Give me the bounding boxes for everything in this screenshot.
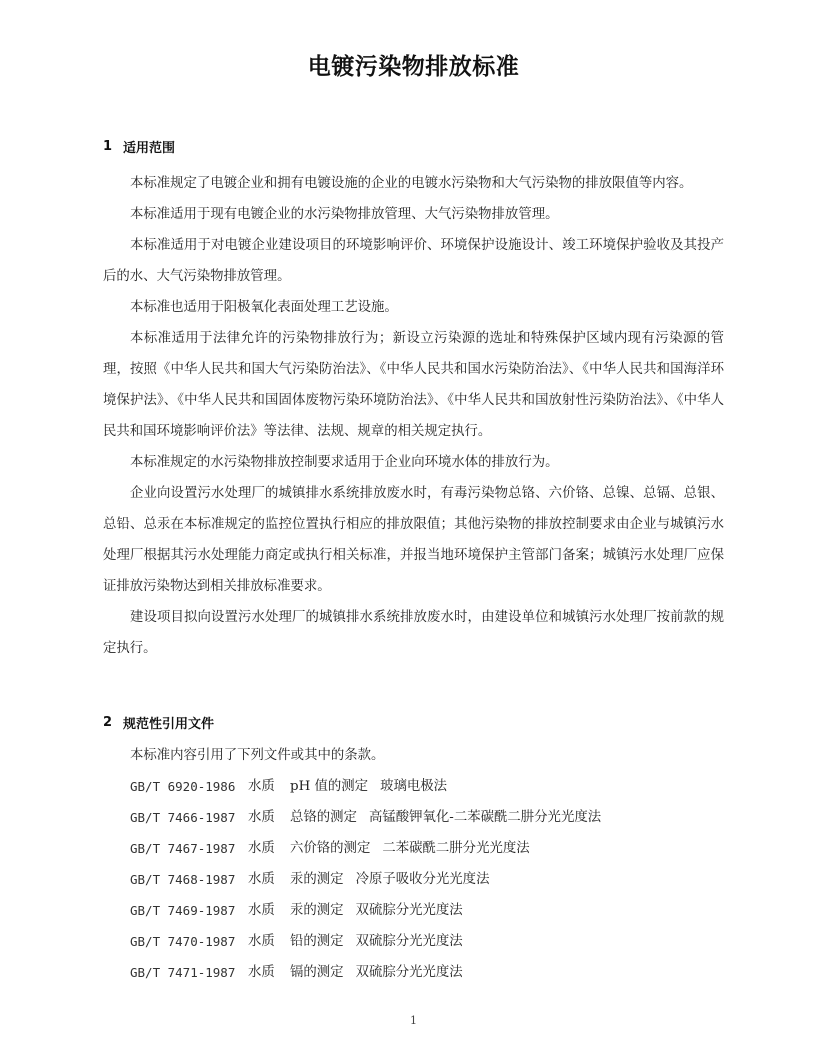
paragraph: 本标准适用于法律允许的污染物排放行为；新设立污染源的选址和特殊保护区域内现有污染…	[103, 323, 724, 447]
reference-item: GB/T 7470-1987 水质 铅的测定 双硫腙分光光度法	[130, 926, 601, 957]
reference-method: 汞的测定	[290, 895, 344, 926]
reference-category: 水质	[248, 802, 290, 833]
reference-category: 水质	[248, 957, 290, 988]
reference-method: 铅的测定	[290, 926, 344, 957]
page-number: 1	[0, 1014, 827, 1027]
section-title: 规范性引用文件	[123, 713, 214, 732]
reference-method: 汞的测定	[290, 864, 344, 895]
paragraph: 本标准规定了电镀企业和拥有电镀设施的企业的电镀水污染物和大气污染物的排放限值等内…	[103, 168, 724, 199]
reference-item: GB/T 7466-1987 水质 总铬的测定 高锰酸钾氧化-二苯碳酰二肼分光光…	[130, 802, 601, 833]
paragraph: 企业向设置污水处理厂的城镇排水系统排放废水时，有毒污染物总铬、六价铬、总镍、总镉…	[103, 478, 724, 602]
reference-technique: 高锰酸钾氧化-二苯碳酰二肼分光光度法	[369, 802, 601, 833]
paragraph: 本标准也适用于阳极氧化表面处理工艺设施。	[103, 292, 724, 323]
reference-method: pH 值的测定	[290, 771, 368, 802]
section-heading-1: 1 适用范围	[103, 137, 175, 156]
section-2-body: 本标准内容引用了下列文件或其中的条款。	[103, 740, 724, 771]
paragraph: 本标准规定的水污染物排放控制要求适用于企业向环境水体的排放行为。	[103, 447, 724, 478]
reference-category: 水质	[248, 771, 290, 802]
reference-item: GB/T 6920-1986 水质 pH 值的测定 玻璃电极法	[130, 771, 601, 802]
reference-code: GB/T 7469-1987	[130, 895, 248, 926]
reference-item: GB/T 7469-1987 水质 汞的测定 双硫腙分光光度法	[130, 895, 601, 926]
section-1-body: 本标准规定了电镀企业和拥有电镀设施的企业的电镀水污染物和大气污染物的排放限值等内…	[103, 168, 724, 664]
reference-code: GB/T 6920-1986	[130, 771, 248, 802]
section-title: 适用范围	[123, 137, 175, 156]
section-number: 1	[103, 139, 123, 154]
reference-item: GB/T 7468-1987 水质 汞的测定 冷原子吸收分光光度法	[130, 864, 601, 895]
reference-technique: 玻璃电极法	[380, 771, 447, 802]
paragraph: 本标准适用于对电镀企业建设项目的环境影响评价、环境保护设施设计、竣工环境保护验收…	[103, 230, 724, 292]
document-title: 电镀污染物排放标准	[0, 48, 827, 81]
paragraph: 建设项目拟向设置污水处理厂的城镇排水系统排放废水时，由建设单位和城镇污水处理厂按…	[103, 602, 724, 664]
reference-code: GB/T 7466-1987	[130, 802, 248, 833]
reference-category: 水质	[248, 895, 290, 926]
reference-technique: 二苯碳酰二肼分光光度法	[382, 833, 529, 864]
reference-method: 总铬的测定	[290, 802, 357, 833]
reference-technique: 双硫腙分光光度法	[356, 895, 463, 926]
reference-technique: 双硫腙分光光度法	[356, 926, 463, 957]
reference-item: GB/T 7471-1987 水质 镉的测定 双硫腙分光光度法	[130, 957, 601, 988]
reference-code: GB/T 7468-1987	[130, 864, 248, 895]
reference-code: GB/T 7471-1987	[130, 957, 248, 988]
paragraph: 本标准内容引用了下列文件或其中的条款。	[103, 740, 724, 771]
section-number: 2	[103, 715, 123, 730]
reference-code: GB/T 7470-1987	[130, 926, 248, 957]
paragraph: 本标准适用于现有电镀企业的水污染物排放管理、大气污染物排放管理。	[103, 199, 724, 230]
document-page: 电镀污染物排放标准 1 适用范围 本标准规定了电镀企业和拥有电镀设施的企业的电镀…	[0, 0, 827, 1037]
reference-code: GB/T 7467-1987	[130, 833, 248, 864]
reference-method: 镉的测定	[290, 957, 344, 988]
reference-method: 六价铬的测定	[290, 833, 370, 864]
reference-category: 水质	[248, 864, 290, 895]
reference-item: GB/T 7467-1987 水质 六价铬的测定 二苯碳酰二肼分光光度法	[130, 833, 601, 864]
reference-technique: 冷原子吸收分光光度法	[356, 864, 490, 895]
reference-list: GB/T 6920-1986 水质 pH 值的测定 玻璃电极法 GB/T 746…	[130, 771, 601, 988]
reference-category: 水质	[248, 926, 290, 957]
reference-technique: 双硫腙分光光度法	[356, 957, 463, 988]
reference-category: 水质	[248, 833, 290, 864]
section-heading-2: 2 规范性引用文件	[103, 713, 214, 732]
